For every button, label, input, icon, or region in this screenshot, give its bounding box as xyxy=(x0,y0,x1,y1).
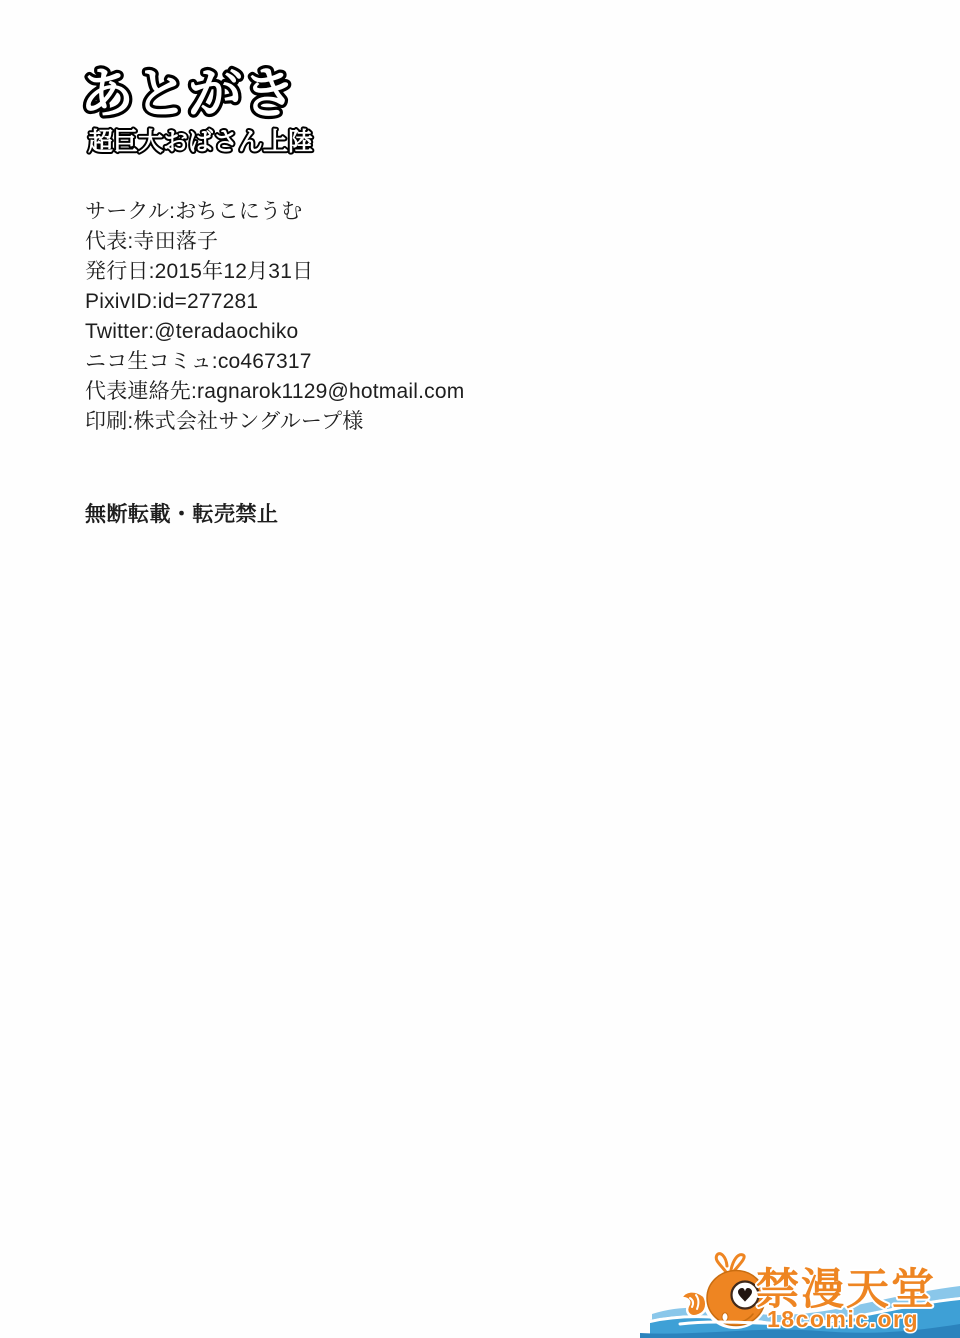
page-title: あとがき xyxy=(80,64,296,124)
afterword-page: あとがき 超巨大おばさん上陸 サークル:おちこにうむ 代表:寺田落子 発行日:2… xyxy=(0,0,960,1338)
site-watermark: 禁漫天堂 18comic.org xyxy=(640,1238,960,1338)
credit-line-twitter: Twitter:@teradaochiko xyxy=(85,317,464,347)
title-block: あとがき 超巨大おばさん上陸 xyxy=(70,50,550,160)
credit-line-circle: サークル:おちこにうむ xyxy=(85,197,464,227)
credit-line-contact: 代表連絡先:ragnarok1129@hotmail.com xyxy=(85,377,464,407)
credits-block: サークル:おちこにうむ 代表:寺田落子 発行日:2015年12月31日 Pixi… xyxy=(85,197,464,437)
site-url: 18comic.org xyxy=(767,1306,919,1332)
credit-line-date: 発行日:2015年12月31日 xyxy=(85,257,464,287)
credit-line-author: 代表:寺田落子 xyxy=(85,227,464,257)
no-reprint-notice: 無断転載・転売禁止 xyxy=(85,500,279,530)
credit-line-niconico: ニコ生コミュ:co467317 xyxy=(85,347,464,377)
credit-line-pixiv: PixivID:id=277281 xyxy=(85,287,464,317)
credit-line-printer: 印刷:株式会社サングループ様 xyxy=(85,407,464,437)
page-subtitle: 超巨大おばさん上陸 xyxy=(88,127,313,156)
